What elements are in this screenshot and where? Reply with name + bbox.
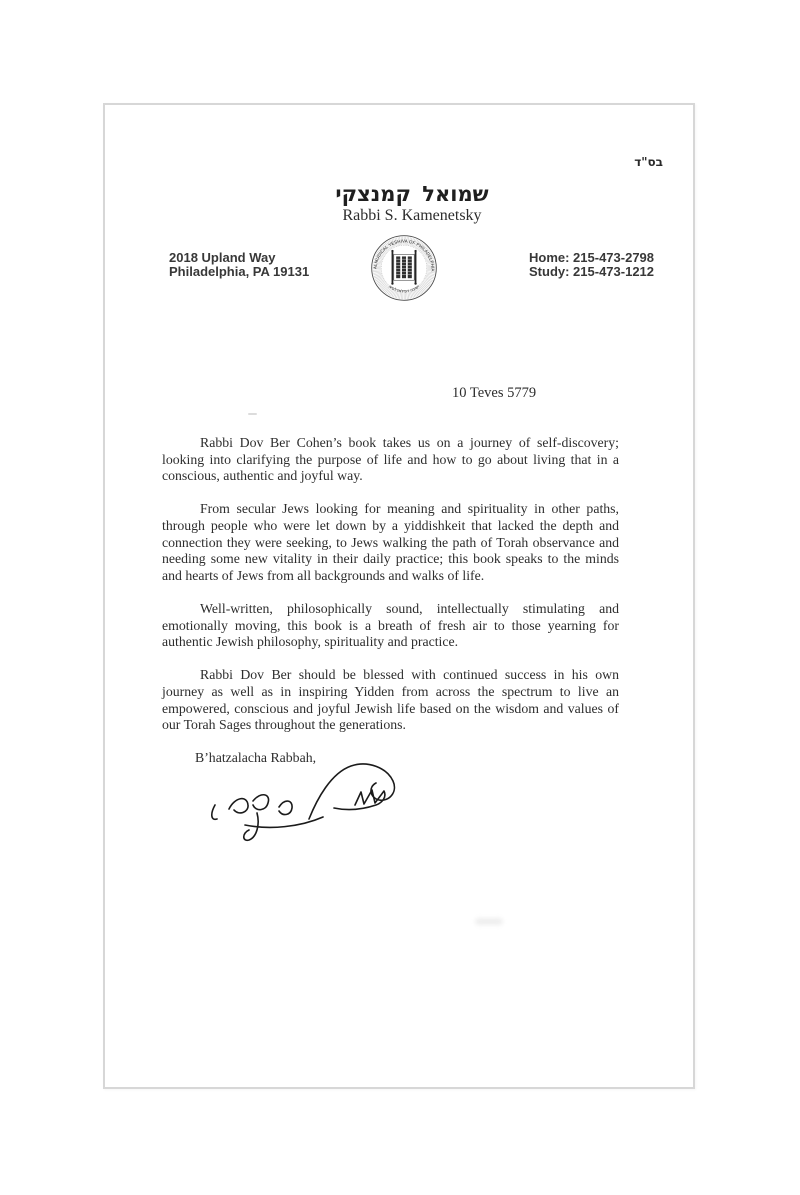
scan-background: בס"ד שמואל קמנצקי Rabbi S. Kamenetsky 20… — [0, 0, 800, 1195]
yeshiva-seal: TALMUDICAL YESHIVA OF PHILADELPHIA ישיבה… — [370, 234, 438, 302]
letterhead-name-hebrew: שמואל קמנצקי — [105, 183, 693, 205]
address-line-1: 2018 Upland Way — [169, 251, 309, 265]
yeshiva-seal-emblem: TALMUDICAL YESHIVA OF PHILADELPHIA ישיבה… — [370, 234, 438, 302]
letterhead-address: 2018 Upland Way Philadelphia, PA 19131 — [169, 251, 309, 279]
scan-artifact — [248, 413, 257, 415]
letter-date: 10 Teves 5779 — [452, 385, 536, 402]
phone-home: Home: 215-473-2798 — [529, 251, 654, 265]
letter-page: בס"ד שמואל קמנצקי Rabbi S. Kamenetsky 20… — [103, 103, 695, 1089]
paragraph-4: Rabbi Dov Ber should be blessed with con… — [162, 667, 619, 733]
paragraph-1: Rabbi Dov Ber Cohen’s book takes us on a… — [162, 435, 619, 485]
torah-scroll-icon — [391, 250, 416, 285]
paragraph-2: From secular Jews looking for meaning an… — [162, 501, 619, 584]
phone-study: Study: 215-473-1212 — [529, 265, 654, 279]
letterhead-name-english: Rabbi S. Kamenetsky — [105, 206, 693, 226]
handwritten-signature-icon — [205, 757, 405, 842]
scan-artifact — [475, 918, 503, 925]
bsd-header: בס"ד — [634, 155, 663, 169]
paragraph-3: Well-written, philosophically sound, int… — [162, 601, 619, 651]
letterhead-phones: Home: 215-473-2798 Study: 215-473-1212 — [529, 251, 654, 279]
letter-body: Rabbi Dov Ber Cohen’s book takes us on a… — [162, 435, 619, 767]
address-line-2: Philadelphia, PA 19131 — [169, 265, 309, 279]
